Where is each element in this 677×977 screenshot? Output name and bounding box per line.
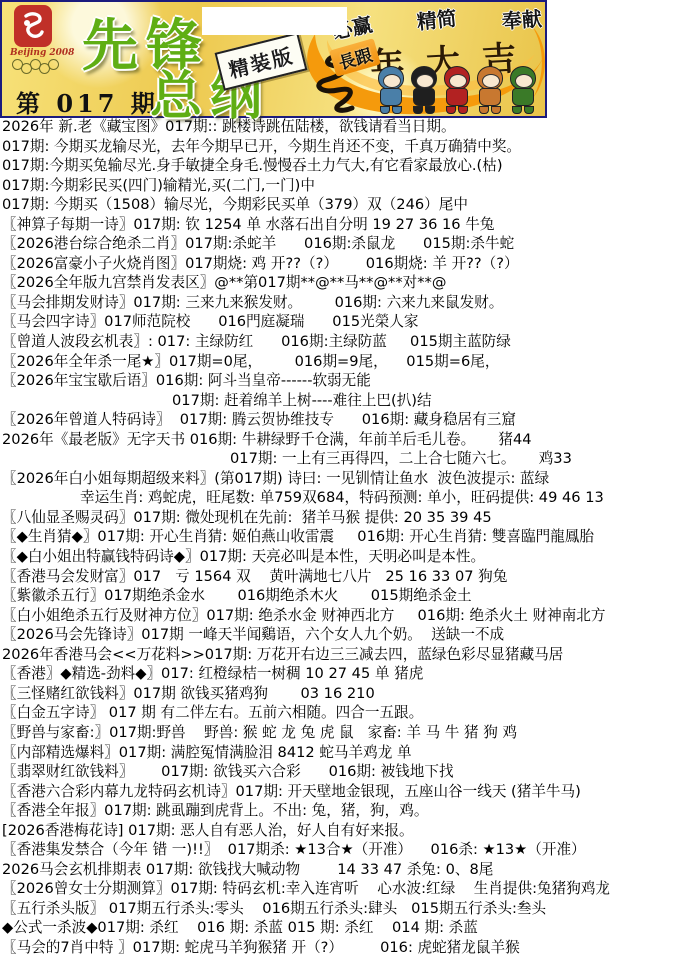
text-line: 017期: 今期买龙输尽光，去年今期早已开，今期生肖还不变，千真万确猜中奖。 (0, 137, 677, 157)
text-line: 〖2026年白小姐每期超级来料〗(第017期) 诗曰: 一见钏情让鱼水 波色波提… (0, 469, 677, 489)
text-line: 〖香港〗◆精选-劲料◆〗017: 红橙绿桔一树稠 10 27 45 单 猪虎 (0, 664, 677, 684)
text-line: 〖翡翠财红欲钱料〗 017期: 欲钱买六合彩 016期: 被钱地下找 (0, 762, 677, 782)
text-line: 〖内部精选爆料〗017期: 满腔冤情满脸泪 8412 蛇马羊鸡龙 单 (0, 743, 677, 763)
text-line: 〖2026年宝宝歇后语〗016期: 阿斗当皇帝------软弱无能 (0, 371, 677, 391)
text-line: 〖白金五字诗〗 017 期 有二伴左右。五前六相随。四合一五跟。 (0, 703, 677, 723)
text-line: 〖三怪赌红欲钱料〗017期 欲钱买猪鸡狗 03 16 210 (0, 684, 677, 704)
fuwa-mascot-icon (442, 66, 472, 112)
text-line: 〖◆白小姐出特赢钱特码诗◆〗017期: 天亮必叫是本性，天明必叫是本性。 (0, 547, 677, 567)
text-line: 〖2026马会先锋诗〗017期 一峰天半闻鷄语，六个女人九个奶。 送缺一不成 (0, 625, 677, 645)
slogan-fengxian: 奉献 (501, 3, 543, 43)
text-line: 〖马会的7肖中特 〗017期: 蛇虎马羊狗猴猪 开（?） 016: 虎蛇猪龙鼠羊… (0, 938, 677, 958)
text-line: 〖香港六合彩内幕九龙特码玄机诗〗017期: 开天壁地金银现，五座山谷一线天 (猪… (0, 782, 677, 802)
olympic-rings-icon (12, 59, 68, 74)
text-line: [2026香港梅花诗] 017期: 恶人自有恶人治，好人自有好来报。 (0, 821, 677, 841)
text-line: 017期: 赶着绵羊上树----难往上巴(扒)结 (0, 391, 677, 411)
text-line: 2026马会玄机排期表 017期: 欲钱找大喊动物 14 33 47 杀兔: 0… (0, 860, 677, 880)
fuwa-mascot-icon (508, 66, 538, 112)
text-line: 〖野兽与家畜:〗017期:野兽 野兽: 猴 蛇 龙 兔 虎 鼠 家畜: 羊 马 … (0, 723, 677, 743)
text-line: 〖2026全年版九宫禁肖发表区〗@**第017期**@**马**@**对**@ (0, 273, 677, 293)
text-line: 〖2026富豪小子火烧肖图〗017期烧: 鸡 开??（?） 016期烧: 羊 开… (0, 254, 677, 274)
text-line: 〖香港全年报〗017期: 跳虱蹦到虎背上。不出: 兔，猪，狗，鸡。 (0, 801, 677, 821)
text-line: 017期:今期买兔输尽光.身手敏捷全身毛.慢慢吞土力气大,有它看家最放心.(枯) (0, 156, 677, 176)
text-line: 017期: 一上有三再得四，二上合七随六七。 鸡33 (0, 449, 677, 469)
text-line: 〖香港马会发财富〗017 亏 1564 双 黄叶满地七八片 25 16 33 0… (0, 567, 677, 587)
emblem-text: Beijing 2008 (10, 48, 68, 58)
text-line: 〖曾道人波段玄机表〗: 017: 主绿防红 016期:主绿防蓝 015期主蓝防绿 (0, 332, 677, 352)
page: 年大吉 Beijing 2008 第 017 期 先锋 总纲 精装版 必赢 精简 (0, 0, 677, 977)
fuwa-mascot-icon (376, 66, 406, 112)
fuwa-mascot-icon (475, 66, 505, 112)
fuwa-mascot-icon (409, 66, 439, 112)
text-line: 〖2026港台综合绝杀二肖〗017期:杀蛇羊 016期:杀鼠龙 015期:杀牛蛇 (0, 234, 677, 254)
tips-list: 2026年 新.老《藏宝图》017期:: 跳楼诗跳伍陆楼，欲钱请看当日期。017… (0, 117, 677, 958)
text-line: 〖五行杀头版〗 017期五行杀头:零头 016期五行杀头:肆头 015期五行杀头… (0, 899, 677, 919)
slogan-row: 必赢 精简 奉献 (332, 4, 542, 41)
text-line: 〖马会排期发财诗〗017期: 三来九来猴发财。 016期: 六来九来鼠发财。 (0, 293, 677, 313)
text-line: 幸运生肖: 鸡蛇虎，旺尾数: 单759双684，特码预测: 单小，旺码提供: 4… (0, 488, 677, 508)
text-line: 2026年 新.老《藏宝图》017期:: 跳楼诗跳伍陆楼，欲钱请看当日期。 (0, 117, 677, 137)
text-line: 2026年香港马会<<万花料>>017期: 万花开右边三三减去四，蓝绿色彩尽显猪… (0, 645, 677, 665)
masthead-banner: 年大吉 Beijing 2008 第 017 期 先锋 总纲 精装版 必赢 精简 (0, 0, 547, 118)
seal-icon (14, 5, 52, 47)
text-line: ◆公式一杀波◆017期: 杀红 016 期: 杀蓝 015 期: 杀红 014 … (0, 918, 677, 938)
issue-number: 第 017 期 (16, 84, 159, 119)
dancing-figure-icon (20, 10, 46, 42)
text-line: 〖2026年曾道人特码诗〗 017期: 腾云贺协维技专 016期: 藏身稳居有三… (0, 410, 677, 430)
beijing-2008-emblem: Beijing 2008 (8, 5, 68, 75)
text-line: 〖2026年全年杀一尾★〗017期=0尾， 016期=9尾， 015期=6尾， (0, 352, 677, 372)
text-line: 〖八仙显圣赐灵码〗017期: 微处现机在先前: 猪羊马猴 提供: 20 35 3… (0, 508, 677, 528)
text-line: 〖2026曾女士分期测算〗017期: 特码玄机:幸入连宵听 心水波:红绿 生肖提… (0, 879, 677, 899)
text-line: 017期:今期彩民买(四门)输精光,买(二门,一门)中 (0, 176, 677, 196)
text-line: 〖白小姐绝杀五行及财神方位〗017期: 绝杀水金 财神西北方 016期: 绝杀火… (0, 606, 677, 626)
text-line: 〖◆生肖猜◆〗017期: 开心生肖猜: 姬伯燕山收雷震 016期: 开心生肖猜:… (0, 527, 677, 547)
text-line: 〖神算子每期一诗〗017期: 钦 1254 单 水落石出自分明 19 27 36… (0, 215, 677, 235)
fuwa-mascots-row (376, 66, 541, 112)
text-line: 2026年《最老版》无字天书 016期: 牛耕绿野千仓满，年前羊后毛儿卷。 猪4… (0, 430, 677, 450)
text-line: 〖紫徽杀五行〗017期绝杀金水 016期绝杀木火 015期绝杀金土 (0, 586, 677, 606)
slogan-jingjian: 精简 (415, 2, 459, 43)
text-line: 017期: 今期买（1508）输尽光，今期彩民买单（379）双（246）尾中 (0, 195, 677, 215)
blank-patch (202, 7, 347, 35)
text-line: 〖马会四字诗〗017师范院校 016門庭凝瑞 015光榮人家 (0, 312, 677, 332)
text-line: 〖香港集发禁合（今年 错 一)!!〗 017期杀: ★13合★（开准） 016杀… (0, 840, 677, 860)
